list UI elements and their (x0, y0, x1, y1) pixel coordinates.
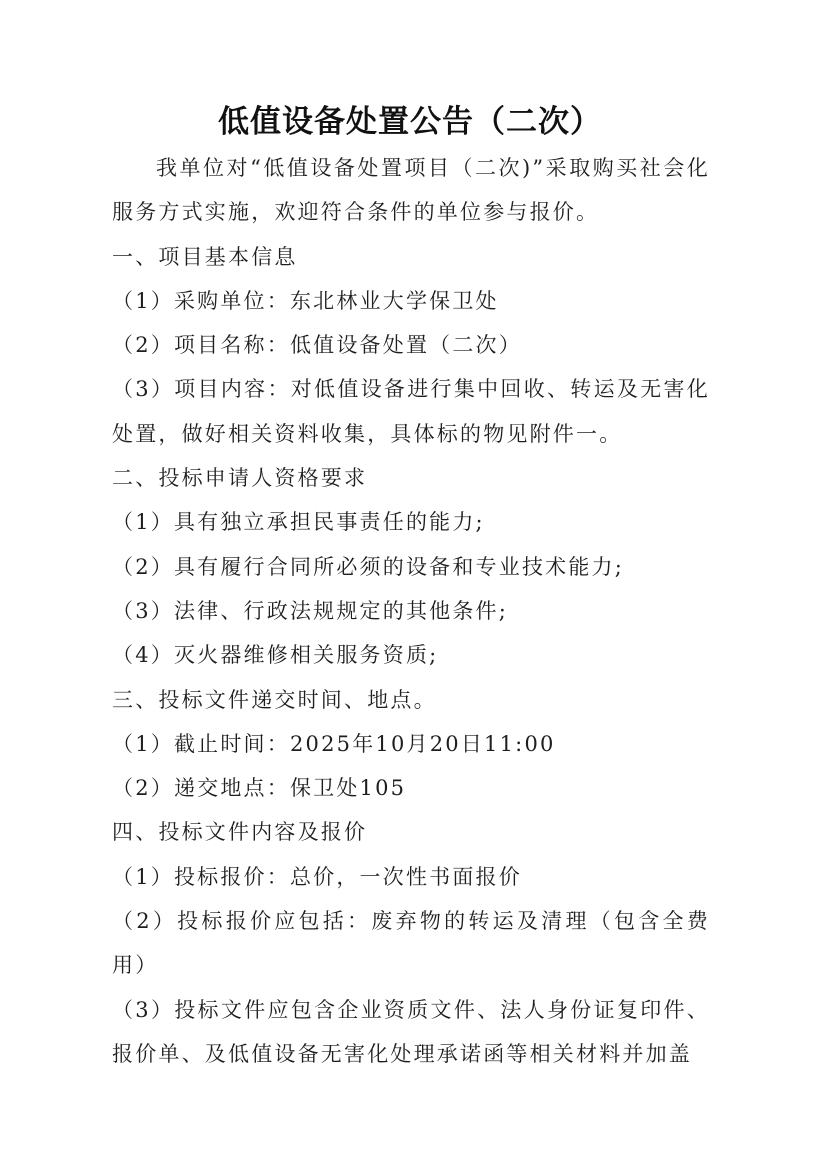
list-item: （1）投标报价：总价，一次性书面报价 (112, 855, 710, 899)
document-body: 我单位对“低值设备处置项目（二次)”采取购买社会化服务方式实施，欢迎符合条件的单… (112, 146, 710, 1076)
list-item: （2）投标报价应包括：废弃物的转运及清理（包含全费用） (112, 899, 710, 988)
list-item: （1）具有独立承担民事责任的能力; (112, 500, 710, 544)
list-item: （2）项目名称：低值设备处置（二次） (112, 323, 710, 367)
document-page: 低值设备处置公告（二次） 我单位对“低值设备处置项目（二次)”采取购买社会化服务… (0, 0, 820, 1161)
list-item: （2）递交地点：保卫处105 (112, 766, 710, 810)
list-item: （3）投标文件应包含企业资质文件、法人身份证复印件、报价单、及低值设备无害化处理… (112, 988, 710, 1077)
list-item: （2）具有履行合同所必须的设备和专业技术能力; (112, 545, 710, 589)
document-title: 低值设备处置公告（二次） (0, 100, 820, 144)
section-heading-qualifications: 二、投标申请人资格要求 (112, 456, 710, 500)
list-item: （3）法律、行政法规规定的其他条件; (112, 589, 710, 633)
list-item: （4）灭火器维修相关服务资质; (112, 633, 710, 677)
section-heading-basic-info: 一、项目基本信息 (112, 235, 710, 279)
intro-paragraph: 我单位对“低值设备处置项目（二次)”采取购买社会化服务方式实施，欢迎符合条件的单… (112, 146, 710, 235)
list-item: （3）项目内容：对低值设备进行集中回收、转运及无害化处置，做好相关资料收集，具体… (112, 367, 710, 456)
list-item: （1）截止时间：2025年10月20日11:00 (112, 722, 710, 766)
section-heading-bid-content: 四、投标文件内容及报价 (112, 810, 710, 854)
list-item: （1）采购单位：东北林业大学保卫处 (112, 279, 710, 323)
section-heading-submission: 三、投标文件递交时间、地点。 (112, 678, 710, 722)
